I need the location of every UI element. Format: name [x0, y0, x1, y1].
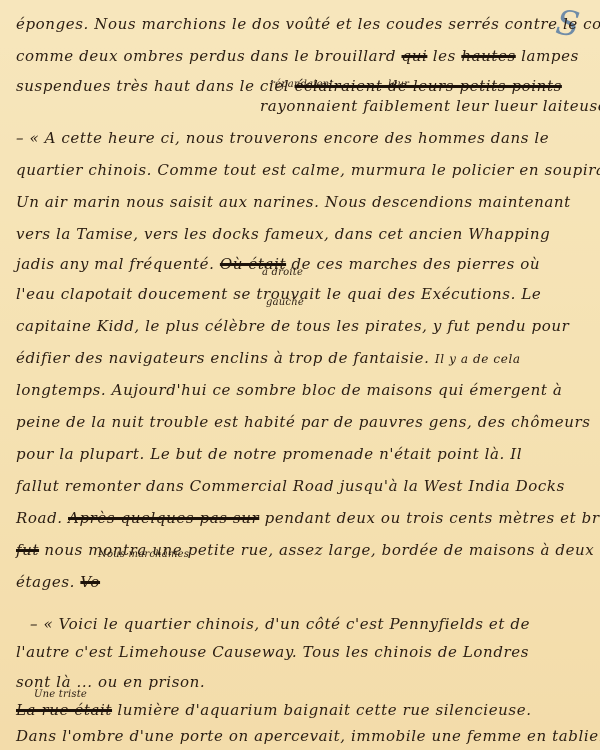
text-line: capitaine Kidd, le plus célèbre de tous …	[16, 316, 580, 336]
struck-word: qui	[402, 47, 428, 65]
struck-word: Vo	[80, 573, 100, 591]
text-line: fallut remonter dans Commercial Road jus…	[16, 476, 580, 496]
text-line: l'autre c'est Limehouse Causeway. Tous l…	[16, 642, 580, 662]
text-fragment: jadis any mal fréquenté.	[16, 255, 215, 273]
text-line: pour la plupart. Le but de notre promena…	[16, 444, 580, 464]
text-line: rayonnaient faiblement leur lueur laiteu…	[260, 96, 580, 116]
text-line: peine de la nuit trouble est habité par …	[16, 412, 580, 432]
text-fragment: édifier des navigateurs enclins à trop d…	[16, 349, 430, 367]
text-fragment: pendant deux ou trois cents mètres et br…	[265, 509, 600, 527]
struck-word: fut	[16, 541, 39, 559]
struck-phrase: éclairaient de leurs petits points	[295, 77, 562, 95]
text-line: sont là ... ou en prison.	[16, 672, 580, 692]
text-line: longtemps. Aujourd'hui ce sombre bloc de…	[16, 380, 580, 400]
text-line: Road. Après quelques pas sur pendant deu…	[16, 508, 580, 528]
manuscript-page: S éponges. Nous marchions le dos voûté e…	[0, 0, 600, 750]
text-fragment: nous montra une petite rue, assez large,…	[44, 541, 594, 559]
insertion-note: Une triste	[34, 690, 87, 700]
text-fragment: étages.	[16, 573, 75, 591]
text-fragment: lumière d'aquarium baignait cette rue si…	[112, 701, 532, 719]
struck-phrase: La rue était	[16, 701, 112, 719]
text-fragment: de ces marches des pierres où	[291, 255, 540, 273]
struck-phrase: Après quelques pas sur	[68, 509, 259, 527]
text-line: Un air marin nous saisit aux narines. No…	[16, 192, 580, 212]
text-line: l'eau clapotait doucement se trouvait le…	[16, 284, 580, 304]
text-fragment: les	[433, 47, 456, 65]
text-line: vers la Tamise, vers les docks fameux, d…	[16, 224, 580, 244]
text-line: suspendues très haut dans le ciel éclair…	[16, 76, 580, 96]
text-line: quartier chinois. Comme tout est calme, …	[16, 160, 580, 180]
text-line: jadis any mal fréquenté. Où était de ces…	[16, 254, 580, 274]
text-line: étages. Vo	[16, 572, 580, 592]
struck-word: Où était	[220, 255, 286, 273]
text-fragment: lampes	[521, 47, 579, 65]
text-line: Dans l'ombre d'une porte on apercevait, …	[16, 726, 580, 746]
text-line: La rue était lumière d'aquarium baignait…	[16, 700, 580, 720]
text-line: éponges. Nous marchions le dos voûté et …	[16, 14, 580, 34]
struck-word: hautes	[461, 47, 515, 65]
insertion-note: Il y a de cela	[435, 352, 521, 366]
text-line: fut nous montra une petite rue, assez la…	[16, 540, 580, 560]
text-line: – « A cette heure ci, nous trouverons en…	[16, 128, 580, 148]
text-line: – « Voici le quartier chinois, d'un côté…	[30, 614, 580, 634]
text-fragment: comme deux ombres perdus dans le brouill…	[16, 47, 396, 65]
text-line: édifier des navigateurs enclins à trop d…	[16, 348, 580, 369]
text-fragment: Road.	[16, 509, 63, 527]
text-fragment: suspendues très haut dans le ciel	[16, 77, 289, 95]
text-line: comme deux ombres perdus dans le brouill…	[16, 46, 580, 66]
